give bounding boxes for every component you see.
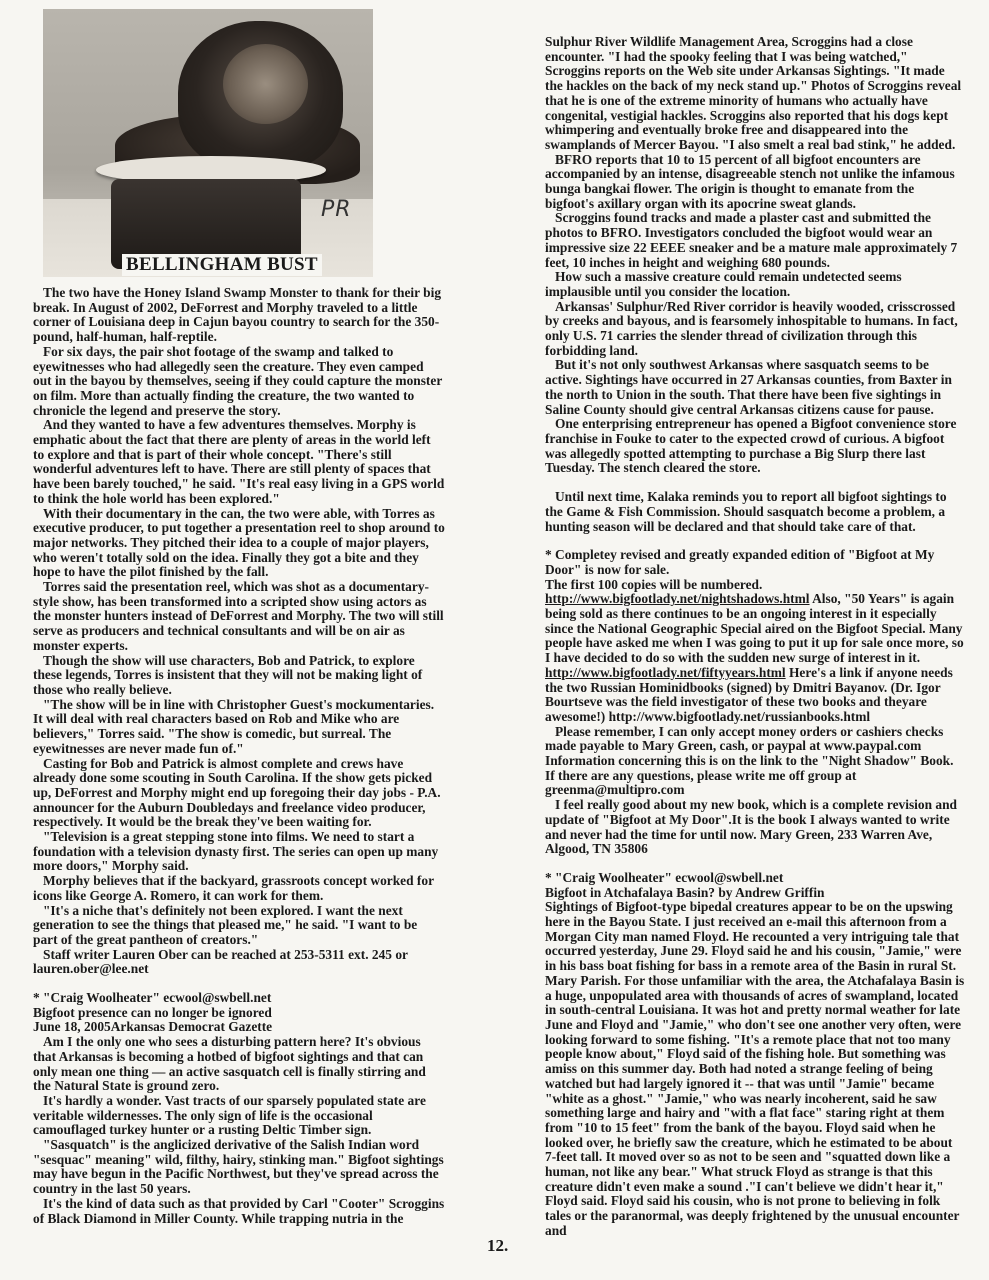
paragraph: How such a massive creature could remain… [545, 270, 965, 299]
closing-paragraph: Until next time, Kalaka reminds you to r… [545, 490, 965, 534]
staff-contact: Staff writer Lauren Ober can be reached … [33, 948, 445, 977]
nightshadows-link[interactable]: http://www.bigfootlady.net/nightshadows.… [545, 591, 810, 606]
bust-face [223, 44, 308, 124]
paragraph: It's hardly a wonder. Vast tracts of our… [33, 1094, 445, 1138]
paragraph: It's the kind of data such as that provi… [33, 1197, 445, 1226]
article-title: Bigfoot in Atchafalaya Basin? by Andrew … [545, 886, 965, 901]
right-column: Sulphur River Wildlife Management Area, … [545, 35, 965, 1239]
article-title: Bigfoot presence can no longer be ignore… [33, 1006, 445, 1021]
article-source: * "Craig Woolheater" ecwool@swbell.net [545, 871, 965, 886]
book-ad-links: http://www.bigfootlady.net/nightshadows.… [545, 592, 965, 724]
photo-caption: BELLINGHAM BUST [122, 254, 322, 276]
bellingham-bust-photo: PR [43, 9, 373, 277]
book-ad-numbered: The first 100 copies will be numbered. [545, 578, 965, 593]
paragraph: Casting for Bob and Patrick is almost co… [33, 757, 445, 831]
paragraph: "Sasquatch" is the anglicized derivative… [33, 1138, 445, 1197]
paragraph: And they wanted to have a few adventures… [33, 418, 445, 506]
newsletter-page: PR BELLINGHAM BUST The two have the Hone… [0, 0, 989, 1280]
paragraph: Torres said the presentation reel, which… [33, 580, 445, 654]
paragraph: Though the show will use characters, Bob… [33, 654, 445, 698]
book-ad-intro: * Completey revised and greatly expanded… [545, 548, 965, 577]
paragraph: Arkansas' Sulphur/Red River corridor is … [545, 300, 965, 359]
paragraph: "The show will be in line with Christoph… [33, 698, 445, 757]
paragraph: Scroggins found tracks and made a plaste… [545, 211, 965, 270]
left-column: The two have the Honey Island Swamp Mons… [33, 286, 445, 1226]
book-ad-closing: I feel really good about my new book, wh… [545, 798, 965, 857]
paragraph: The two have the Honey Island Swamp Mons… [33, 286, 445, 345]
photo-initials: PR [321, 197, 352, 222]
article-body: Sightings of Bigfoot-type bipedal creatu… [545, 900, 965, 1238]
paragraph: Morphy believes that if the backyard, gr… [33, 874, 445, 903]
paragraph: With their documentary in the can, the t… [33, 507, 445, 581]
paragraph: "Television is a great stepping stone in… [33, 830, 445, 874]
paragraph: But it's not only southwest Arkansas whe… [545, 358, 965, 417]
article-source: * "Craig Woolheater" ecwool@swbell.net [33, 991, 445, 1006]
paragraph: One enterprising entrepreneur has opened… [545, 417, 965, 476]
paragraph: Sulphur River Wildlife Management Area, … [545, 35, 965, 153]
paragraph: "It's a niche that's definitely not been… [33, 904, 445, 948]
fiftyyears-link[interactable]: http://www.bigfootlady.net/fiftyyears.ht… [545, 665, 786, 680]
article-dateline: June 18, 2005Arkansas Democrat Gazette [33, 1020, 445, 1035]
page-number: 12. [487, 1236, 508, 1256]
paragraph: For six days, the pair shot footage of t… [33, 345, 445, 419]
payment-info: Please remember, I can only accept money… [545, 725, 965, 799]
paragraph: Am I the only one who sees a disturbing … [33, 1035, 445, 1094]
paragraph: BFRO reports that 10 to 15 percent of al… [545, 153, 965, 212]
